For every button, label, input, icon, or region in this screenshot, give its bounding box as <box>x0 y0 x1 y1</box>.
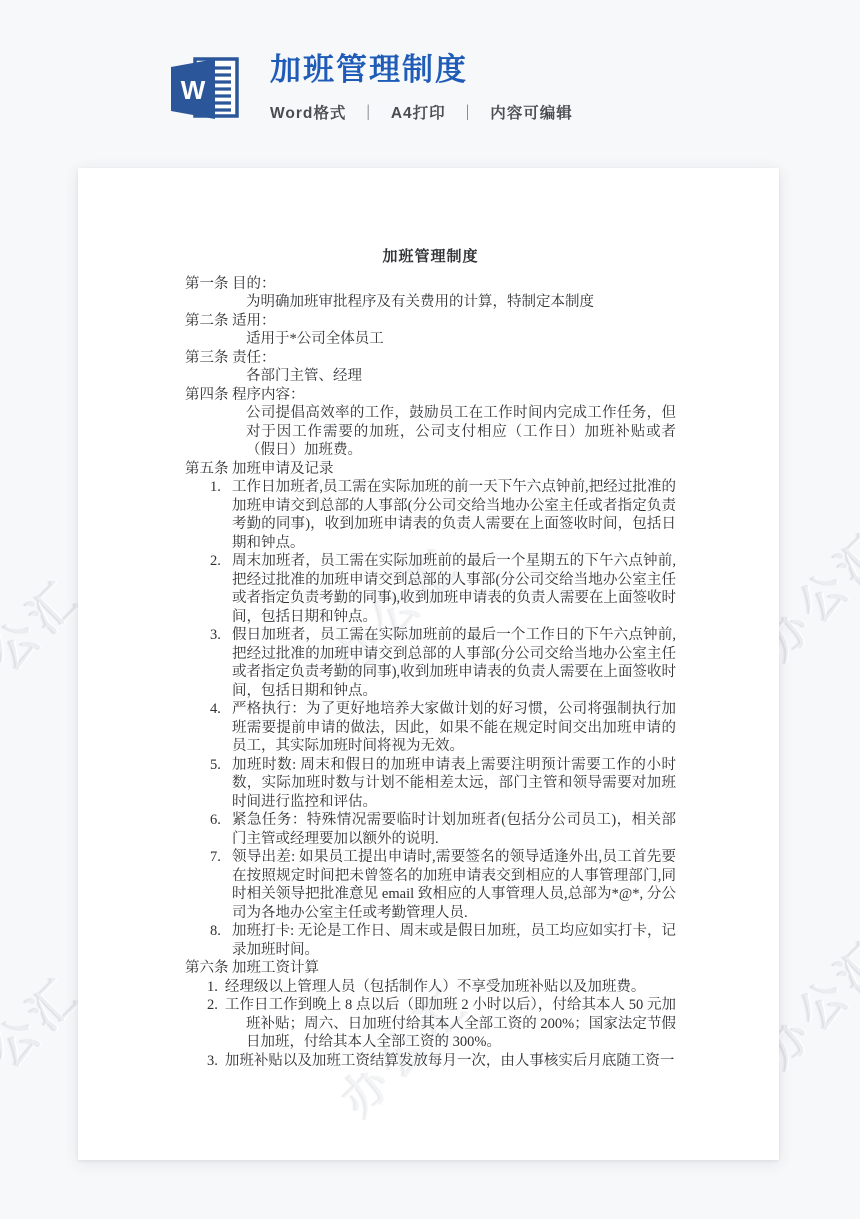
section-body: 适用于*公司全体员工 <box>185 330 676 349</box>
list-item: 3.加班补贴以及加班工资结算发放每月一次，由人事核实后月底随工资一 <box>185 1052 676 1071</box>
list-item: 1.工作日加班者,员工需在实际加班的前一天下午六点钟前,把经过批准的加班申请交到… <box>185 478 676 552</box>
page-background: { "header": { "title": "加班管理制度", "subtit… <box>0 0 860 1219</box>
item-number: 1. <box>210 478 221 497</box>
section-head: 第二条适用： <box>185 312 676 331</box>
list-item: 1.经理级以上管理人员（包括制作人）不享受加班补贴以及加班费。 <box>185 978 676 997</box>
item-number: 1. <box>207 979 218 995</box>
item-number: 2. <box>210 552 221 571</box>
section-label: 第四条 <box>185 386 232 405</box>
item-text: 领导出差: 如果员工提出申请时,需要签名的领导适逢外出,员工首先要在按照规定时间… <box>232 849 676 921</box>
section-body: 各部门主管、经理 <box>185 367 676 386</box>
section-1: 第一条目的：为明确加班审批程序及有关费用的计算，特制定本制度 <box>185 275 676 312</box>
section-head: 第三条责任： <box>185 349 676 368</box>
section-label: 第六条 <box>185 959 232 978</box>
item-text: 工作日工作到晚上 8 点以后（即加班 2 小时以后），付给其本人 50 元加班补… <box>225 997 676 1050</box>
section-paragraph: 各部门主管、经理 <box>185 367 676 386</box>
section-2: 第二条适用：适用于*公司全体员工 <box>185 312 676 349</box>
item-text: 加班打卡: 无论是工作日、周末或是假日加班，员工均应如实打卡，记录加班时间。 <box>232 923 676 958</box>
list-item: 8.加班打卡: 无论是工作日、周末或是假日加班，员工均应如实打卡，记录加班时间。 <box>185 922 676 959</box>
header-text: 加班管理制度 Word格式｜A4打印｜内容可编辑 <box>270 52 573 123</box>
page-title: 加班管理制度 <box>270 52 573 88</box>
subtitle-separator: ｜ <box>460 105 477 122</box>
section-label: 第三条 <box>185 349 232 368</box>
section-heading: 目的： <box>232 276 276 292</box>
section-heading: 程序内容： <box>232 387 305 403</box>
list-item: 7.领导出差: 如果员工提出申请时,需要签名的领导适逢外出,员工首先要在按照规定… <box>185 848 676 922</box>
section-heading: 责任： <box>232 350 276 366</box>
section-body: 公司提倡高效率的工作，鼓励员工在工作时间内完成工作任务，但对于因工作需要的加班，… <box>185 404 676 460</box>
item-text: 经理级以上管理人员（包括制作人）不享受加班补贴以及加班费。 <box>225 979 646 995</box>
subtitle-separator: ｜ <box>360 105 377 122</box>
word-icon-letter: W <box>181 75 206 105</box>
item-text: 加班时数: 周末和假日的加班申请表上需要注明预计需要工作的小时数，实际加班时数与… <box>232 757 676 810</box>
section-3: 第三条责任：各部门主管、经理 <box>185 349 676 386</box>
item-number: 4. <box>210 700 221 719</box>
document-sections: 第一条目的：为明确加班审批程序及有关费用的计算，特制定本制度第二条适用：适用于*… <box>185 275 676 1071</box>
subtitle-part-format: Word格式 <box>270 105 346 122</box>
list-item: 2.工作日工作到晚上 8 点以后（即加班 2 小时以后），付给其本人 50 元加… <box>185 996 676 1052</box>
subtitle-part-print: A4打印 <box>391 105 446 122</box>
list-item: 5.加班时数: 周末和假日的加班申请表上需要注明预计需要工作的小时数，实际加班时… <box>185 756 676 812</box>
item-number: 3. <box>207 1053 218 1069</box>
section-paragraph: 公司提倡高效率的工作，鼓励员工在工作时间内完成工作任务，但对于因工作需要的加班，… <box>185 404 676 460</box>
word-icon: W <box>168 56 240 122</box>
item-number: 5. <box>210 756 221 775</box>
section-head: 第六条加班工资计算 <box>185 959 676 978</box>
section-label: 第二条 <box>185 312 232 331</box>
section-heading: 适用： <box>232 313 276 329</box>
section-6: 第六条加班工资计算1.经理级以上管理人员（包括制作人）不享受加班补贴以及加班费。… <box>185 959 676 1070</box>
item-number: 7. <box>210 848 221 867</box>
header-subtitle: Word格式｜A4打印｜内容可编辑 <box>270 101 573 123</box>
item-number: 8. <box>210 922 221 941</box>
item-text: 周末加班者，员工需在实际加班前的最后一个星期五的下午六点钟前,把经过批准的加班申… <box>232 553 676 625</box>
section-label: 第五条 <box>185 460 232 479</box>
item-number: 3. <box>210 626 221 645</box>
section-5: 第五条加班申请及记录1.工作日加班者,员工需在实际加班的前一天下午六点钟前,把经… <box>185 460 676 960</box>
section-label: 第一条 <box>185 275 232 294</box>
section-head: 第四条程序内容： <box>185 386 676 405</box>
section-body: 1.工作日加班者,员工需在实际加班的前一天下午六点钟前,把经过批准的加班申请交到… <box>185 478 676 959</box>
subtitle-part-editable: 内容可编辑 <box>490 105 573 122</box>
section-body: 1.经理级以上管理人员（包括制作人）不享受加班补贴以及加班费。2.工作日工作到晚… <box>185 978 676 1071</box>
section-head: 第五条加班申请及记录 <box>185 460 676 479</box>
list-item: 4.严格执行：为了更好地培养大家做计划的好习惯，公司将强制执行加班需要提前申请的… <box>185 700 676 756</box>
section-heading: 加班申请及记录 <box>232 461 334 477</box>
document-title: 加班管理制度 <box>185 248 676 267</box>
document-body: 加班管理制度 第一条目的：为明确加班审批程序及有关费用的计算，特制定本制度第二条… <box>185 248 676 1070</box>
section-heading: 加班工资计算 <box>232 960 319 976</box>
item-number: 2. <box>207 997 218 1013</box>
section-body: 为明确加班审批程序及有关费用的计算，特制定本制度 <box>185 293 676 312</box>
item-text: 严格执行：为了更好地培养大家做计划的好习惯，公司将强制执行加班需要提前申请的做法… <box>232 701 676 754</box>
section-paragraph: 适用于*公司全体员工 <box>185 330 676 349</box>
section-4: 第四条程序内容：公司提倡高效率的工作，鼓励员工在工作时间内完成工作任务，但对于因… <box>185 386 676 460</box>
item-text: 假日加班者，员工需在实际加班前的最后一个工作日的下午六点钟前,把经过批准的加班申… <box>232 627 676 699</box>
section-head: 第一条目的： <box>185 275 676 294</box>
item-text: 工作日加班者,员工需在实际加班的前一天下午六点钟前,把经过批准的加班申请交到总部… <box>232 479 676 551</box>
item-text: 紧急任务：特殊情况需要临时计划加班者(包括分公司员工)，相关部门主管或经理要加以… <box>232 812 676 847</box>
document-page: 办公汇 办公汇 加班管理制度 第一条目的：为明确加班审批程序及有关费用的计算，特… <box>78 168 779 1160</box>
section-paragraph: 为明确加班审批程序及有关费用的计算，特制定本制度 <box>185 293 676 312</box>
list-item: 6.紧急任务：特殊情况需要临时计划加班者(包括分公司员工)，相关部门主管或经理要… <box>185 811 676 848</box>
item-text: 加班补贴以及加班工资结算发放每月一次，由人事核实后月底随工资一 <box>225 1053 675 1069</box>
item-number: 6. <box>210 811 221 830</box>
list-item: 3.假日加班者，员工需在实际加班前的最后一个工作日的下午六点钟前,把经过批准的加… <box>185 626 676 700</box>
list-item: 2.周末加班者，员工需在实际加班前的最后一个星期五的下午六点钟前,把经过批准的加… <box>185 552 676 626</box>
